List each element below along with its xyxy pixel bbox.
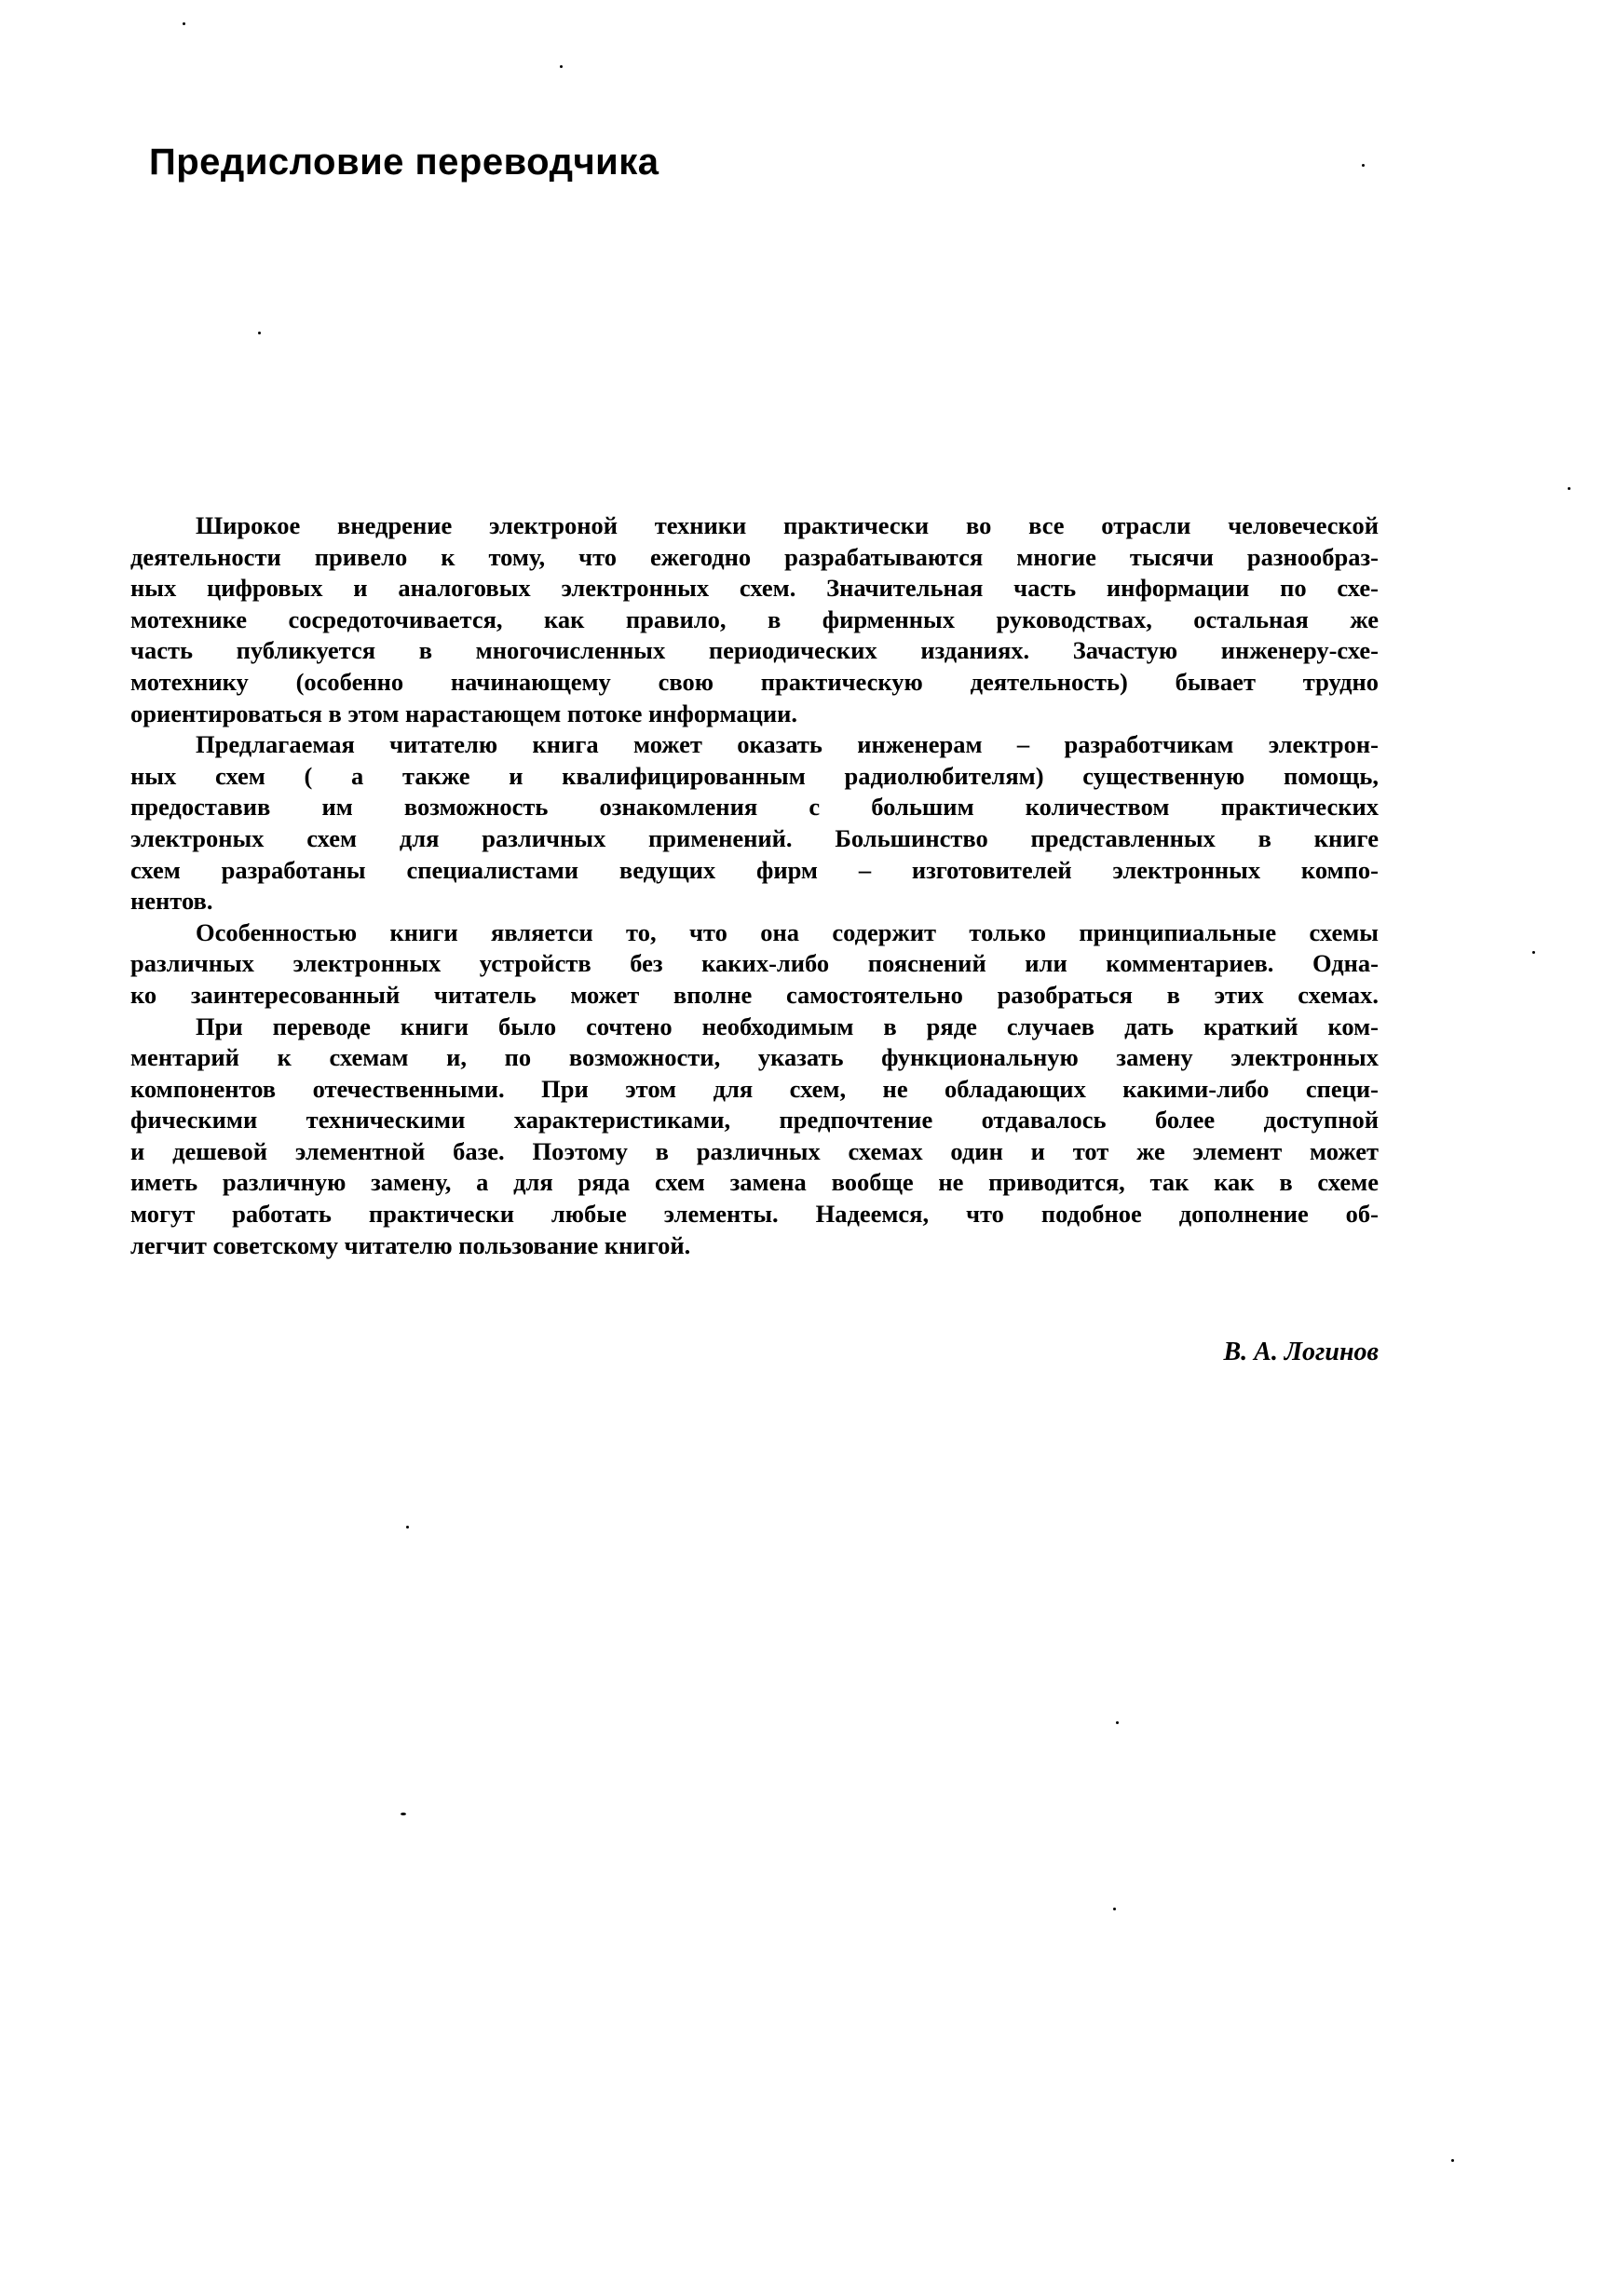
text-line: легчит советскому читателю пользование к… [130, 1230, 1379, 1262]
text-line: ориентироваться в этом нарастающем поток… [130, 699, 1379, 730]
text-line: фическими техническими характеристиками,… [130, 1105, 1379, 1136]
text-line: электроных схем для различных применений… [130, 823, 1379, 855]
paragraph-2: Предлагаемая читателю книга может оказат… [130, 729, 1379, 917]
text-line: иметь различную замену, а для ряда схем … [130, 1167, 1379, 1199]
text-line: схем разработаны специалистами ведущих ф… [130, 855, 1379, 887]
scan-speck [401, 1813, 406, 1815]
text-line: предоставив им возможность ознакомления … [130, 792, 1379, 823]
paragraph-4: При переводе книги было сочтено необходи… [130, 1012, 1379, 1262]
text-line: деятельности привело к тому, что ежегодн… [130, 542, 1379, 574]
scan-speck [1362, 164, 1365, 167]
preface-body: Широкое внедрение электроной техники пра… [130, 510, 1379, 1261]
scan-speck [1568, 487, 1570, 490]
text-line: ных схем ( а также и квалифицированным р… [130, 761, 1379, 793]
scan-speck [258, 332, 261, 334]
paragraph-3: Особенностью книги являетси то, что она … [130, 917, 1379, 1012]
translator-signature: В. А. Логинов [1223, 1338, 1379, 1367]
text-line: компонентов отечественными. При этом для… [130, 1074, 1379, 1106]
scan-speck [1113, 1908, 1116, 1910]
text-line: ментарий к схемам и, по возможности, ука… [130, 1042, 1379, 1074]
text-line: Предлагаемая читателю книга может оказат… [130, 729, 1379, 761]
text-line: могут работать практически любые элемент… [130, 1199, 1379, 1230]
text-line: и дешевой элементной базе. Поэтому в раз… [130, 1136, 1379, 1168]
scan-speck [183, 22, 185, 25]
page-title: Предисловие переводчика [149, 142, 659, 183]
scan-speck [1116, 1721, 1119, 1724]
scan-speck [1532, 951, 1535, 954]
paragraph-1: Широкое внедрение электроной техники пра… [130, 510, 1379, 729]
text-line: ных цифровых и аналоговых электронных сх… [130, 573, 1379, 605]
text-line: При переводе книги было сочтено необходи… [130, 1012, 1379, 1043]
text-line: ко заинтересованный читатель может вполн… [130, 980, 1379, 1012]
text-line: мотехнике сосредоточивается, как правило… [130, 605, 1379, 636]
scan-speck [406, 1526, 409, 1528]
text-line: Широкое внедрение электроной техники пра… [130, 510, 1379, 542]
text-line: нентов. [130, 886, 1379, 917]
text-line: различных электронных устройств без каки… [130, 948, 1379, 980]
scan-speck [1451, 2159, 1454, 2162]
text-line: мотехнику (особенно начинающему свою пра… [130, 667, 1379, 699]
text-line: Особенностью книги являетси то, что она … [130, 917, 1379, 949]
scan-speck [560, 65, 563, 68]
text-line: часть публикуется в многочисленных перио… [130, 635, 1379, 667]
